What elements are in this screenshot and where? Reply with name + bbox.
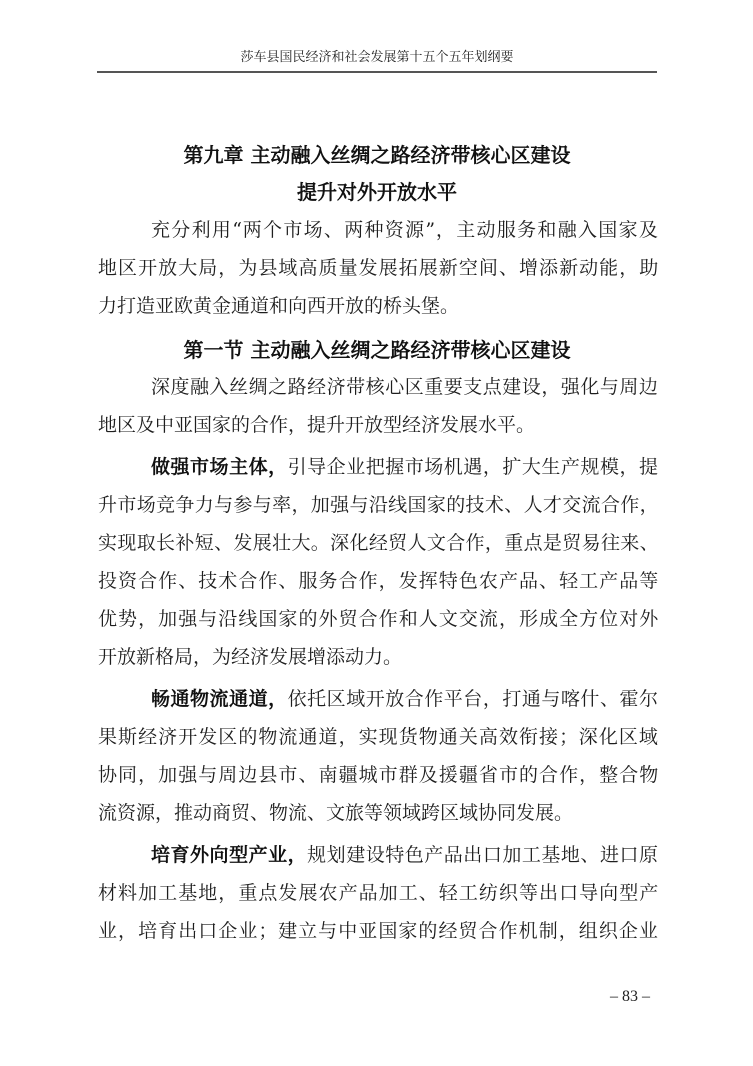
intro-line: 充 分 利 用 “ 两 个 市 场 、 两 种 资 源 ” ， 主 动 服 务 … (151, 217, 658, 243)
paragraph-line: 升 市 场 竞 争 力 与 参 与 率 ， 加 强 与 沿 线 国 家 的 技 … (98, 492, 658, 518)
paragraph-line: 优 势 ， 加 强 与 沿 线 国 家 的 外 贸 合 作 和 人 文 交 流 … (98, 606, 658, 632)
paragraph-first-line: 畅通物流通道，依托区域开放合作平台，打通与喀什、霍尔 (151, 686, 658, 712)
paragraph-first-line: 培育外向型产业，规划建设特色产品出口加工基地、进口原 (151, 842, 658, 868)
paragraph-text: 规划建设特色产品出口加工基地、进口原 (307, 844, 658, 866)
section-title: 第一节 主动融入丝绸之路经济带核心区建设 (97, 334, 657, 363)
page-number: – 83 – (600, 988, 660, 1006)
paragraph-text: 引导企业把握市场机遇，扩大生产规模，提 (288, 456, 658, 478)
paragraph-line: 果 斯 经 济 开 发 区 的 物 流 通 道 ， 实 现 货 物 通 关 高 … (98, 724, 658, 750)
paragraph-line: 实 现 取 长 补 短 、 发 展 壮 大 。 深 化 经 贸 人 文 合 作 … (98, 530, 658, 556)
paragraph-first-line: 做强市场主体，引导企业把握市场机遇，扩大生产规模，提 (151, 454, 658, 480)
paragraph-lead-heading: 做强市场主体， (151, 456, 288, 478)
intro-line: 地 区 开 放 大 局 ， 为 县 域 高 质 量 发 展 拓 展 新 空 间 … (98, 255, 658, 281)
section-intro-line: 深 度 融 入 丝 绸 之 路 经 济 带 核 心 区 重 要 支 点 建 设 … (151, 374, 658, 400)
intro-line: 力打造亚欧黄金通道和向西开放的桥头堡。 (98, 293, 658, 319)
paragraph-line: 投 资 合 作 、 技 术 合 作 、 服 务 合 作 ， 发 挥 特 色 农 … (98, 568, 658, 594)
section-intro-line: 地区及中亚国家的合作，提升开放型经济发展水平。 (98, 412, 658, 438)
paragraph-line: 开放新格局，为经济发展增添动力。 (98, 644, 658, 670)
paragraph-line: 流资源，推动商贸、物流、文旅等领域跨区域协同发展。 (98, 800, 658, 826)
document-page: 莎车县国民经济和社会发展第十五个五年划纲要 第九章 主动融入丝绸之路经济带核心区… (0, 0, 753, 1066)
paragraph-lead-heading: 培育外向型产业， (151, 844, 307, 866)
paragraph-line: 业 ， 培 育 出 口 企 业 ； 建 立 与 中 亚 国 家 的 经 贸 合 … (98, 918, 658, 944)
chapter-subtitle: 提升对外开放水平 (97, 176, 657, 205)
paragraph-line: 协 同 ， 加 强 与 周 边 县 市 、 南 疆 城 市 群 及 援 疆 省 … (98, 762, 658, 788)
paragraph-text: 依托区域开放合作平台，打通与喀什、霍尔 (288, 688, 658, 710)
running-header: 莎车县国民经济和社会发展第十五个五年划纲要 (97, 46, 657, 65)
paragraph-line: 材 料 加 工 基 地 ， 重 点 发 展 农 产 品 加 工 、 轻 工 纺 … (98, 880, 658, 906)
paragraph-lead-heading: 畅通物流通道， (151, 688, 288, 710)
header-rule (97, 71, 657, 73)
chapter-title: 第九章 主动融入丝绸之路经济带核心区建设 (97, 139, 657, 168)
